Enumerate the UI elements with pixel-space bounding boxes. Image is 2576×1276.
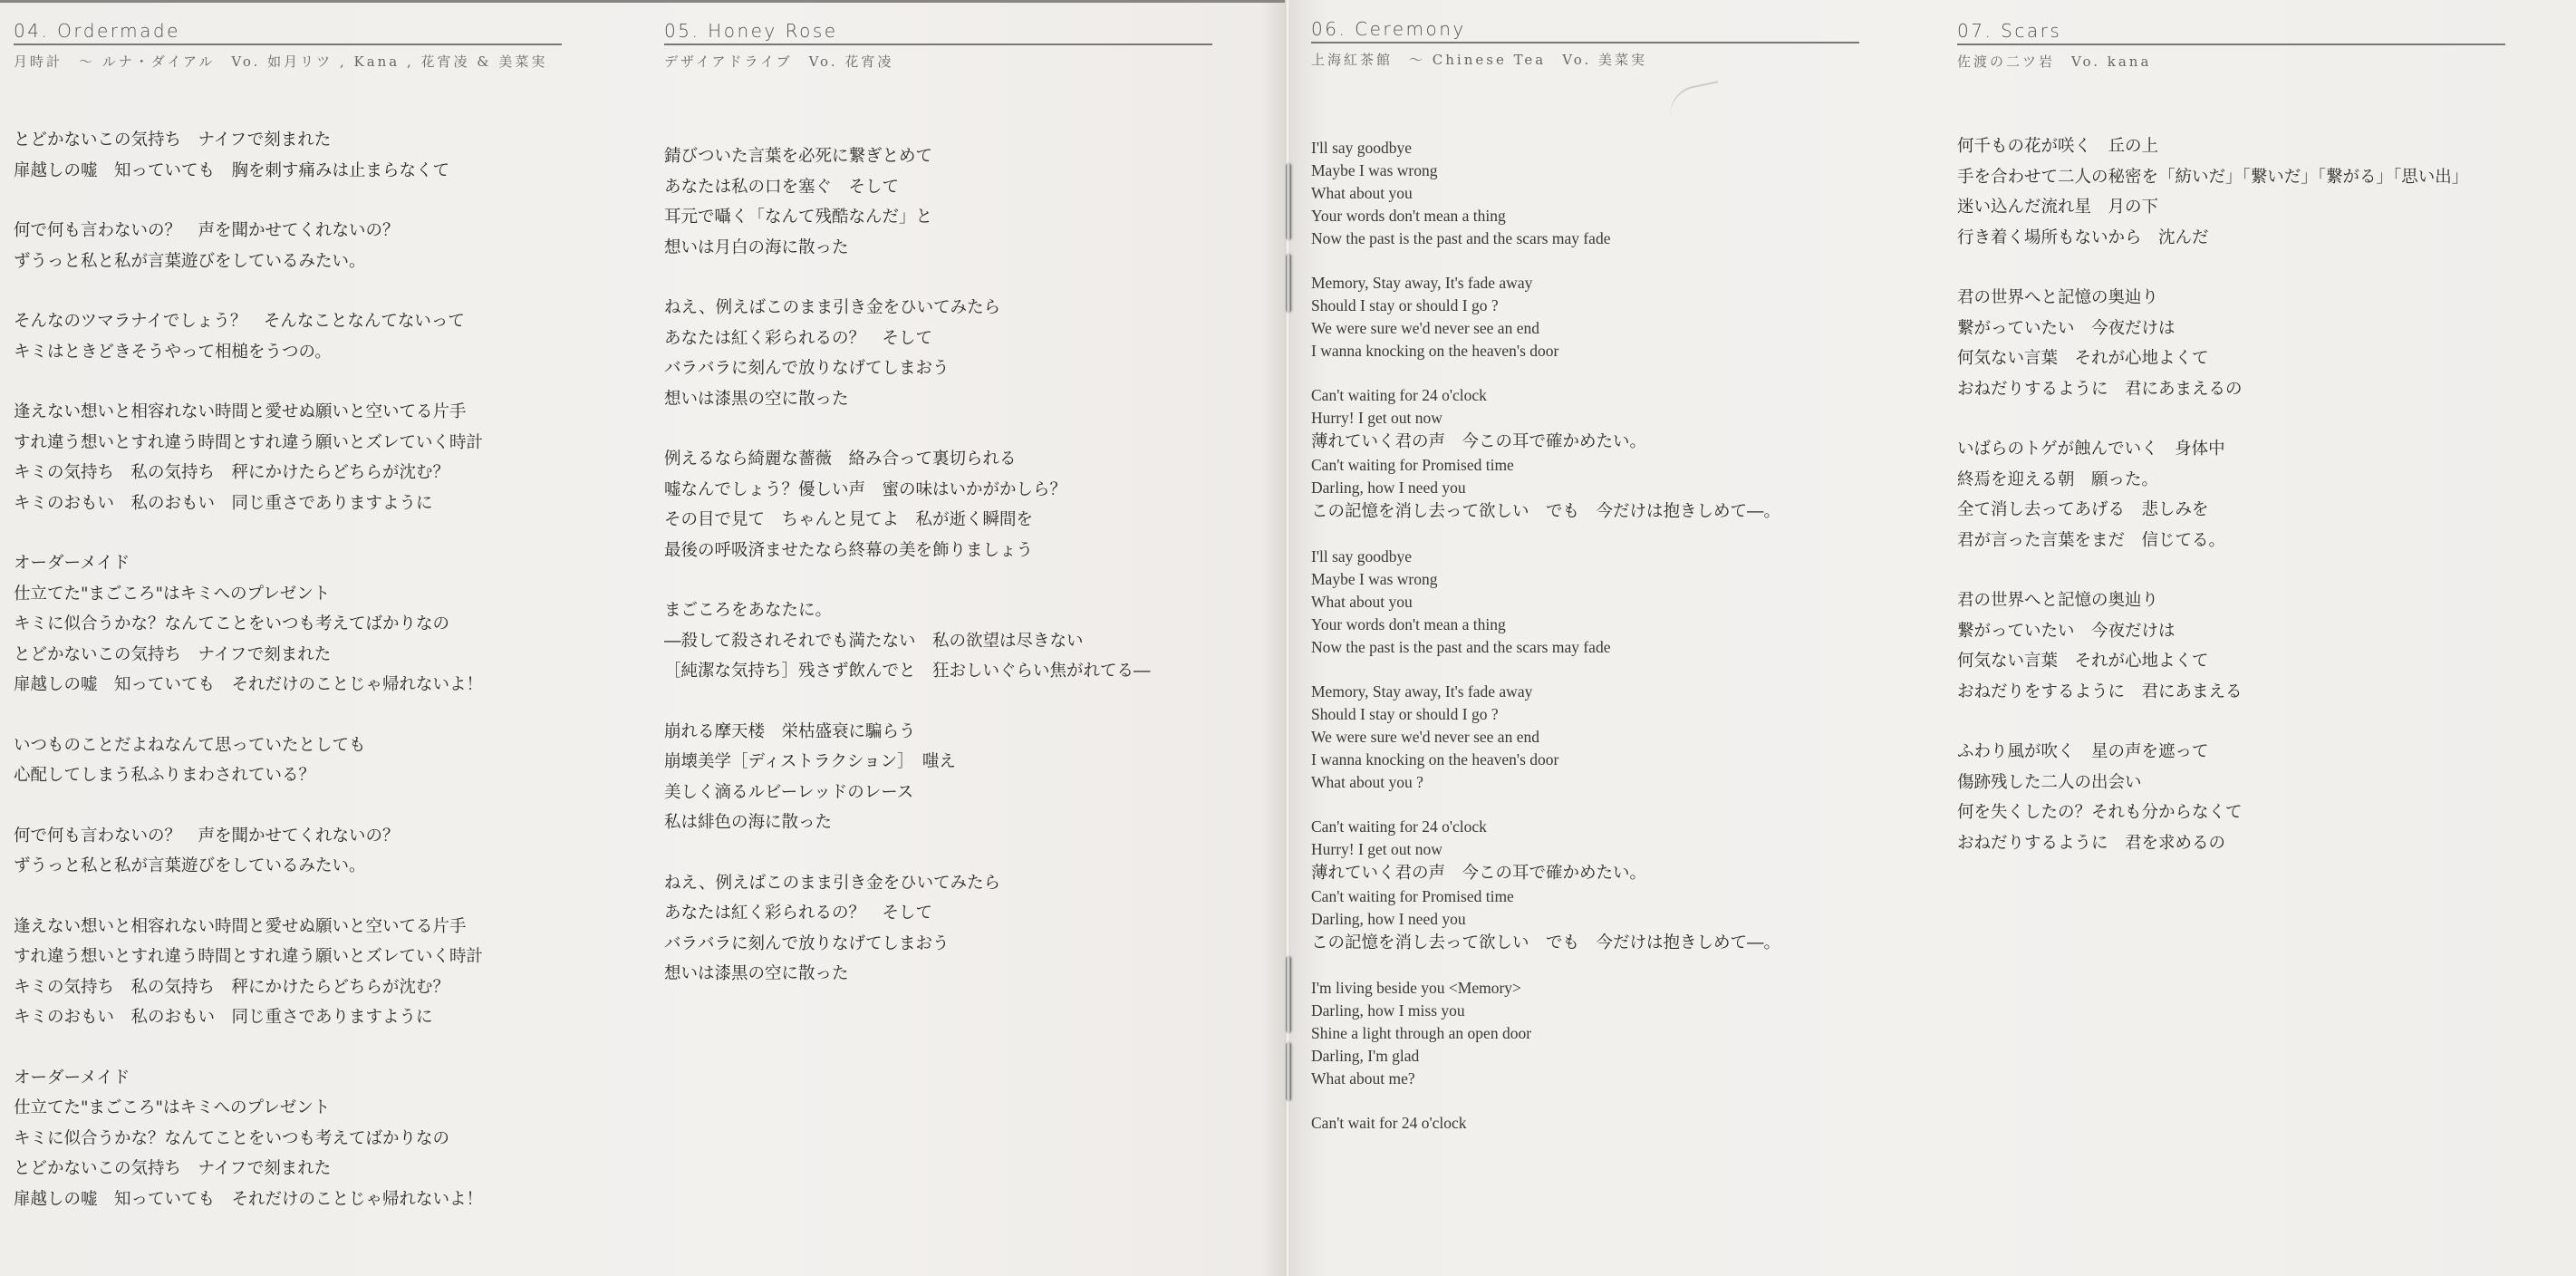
staple-icon xyxy=(1286,956,1291,1033)
song-title: 07. Scars xyxy=(1957,20,2505,42)
lyric-line: 薄れていく君の声 今この耳で確かめたい。 xyxy=(1311,861,1859,885)
song-column-honey-rose: 05. Honey Rose デザイアドライブ Vo. 花宵凌 錆びついた言葉を… xyxy=(664,20,1212,1020)
lyric-line: キミの気持ち 私の気持ち 秤にかけたらどちらが沈む？ xyxy=(14,458,562,488)
lyric-line: 耳元で囁く「なんて残酷なんだ」と xyxy=(664,202,1212,233)
lyric-line: Maybe I was wrong xyxy=(1311,568,1859,591)
lyric-line: 行き着く場所もないから 沈んだ xyxy=(1957,223,2505,254)
lyric-line: すれ違う想いとすれ違う時間とすれ違う願いとズレていく時計 xyxy=(14,428,562,459)
song-subtitle: 佐渡の二ツ岩 Vo. kana xyxy=(1957,53,2505,71)
lyric-line: Can't waiting for Promised time xyxy=(1311,885,1859,908)
stanza: Memory, Stay away, It's fade away Should… xyxy=(1311,681,1859,794)
stanza: 逢えない想いと相容れない時間と愛せぬ願いと空いてる片手 すれ違う想いとすれ違う時… xyxy=(14,912,562,1033)
lyric-line: Can't waiting for Promised time xyxy=(1311,454,1859,477)
lyrics-block: 錆びついた言葉を必死に繋ぎとめて あなたは私の口を塞ぐ そして 耳元で囁く「なん… xyxy=(664,141,1212,990)
lyric-line: Darling, how I need you xyxy=(1311,908,1859,931)
stanza: 崩れる摩天楼 栄枯盛衰に騙らう 崩壊美学［ディストラクション］ 嗤え 美しく滴る… xyxy=(664,717,1212,838)
lyric-line: ねえ、例えばこのまま引き金をひいてみたら xyxy=(664,293,1212,324)
lyric-line: 想いは漆黒の空に散った xyxy=(664,384,1212,415)
lyric-line: 崩れる摩天楼 栄枯盛衰に騙らう xyxy=(664,717,1212,748)
stanza: Memory, Stay away, It's fade away Should… xyxy=(1311,272,1859,362)
lyric-line: Darling, I'm glad xyxy=(1311,1045,1859,1068)
lyric-line: キミに似合うかな？なんてことをいつも考えてばかりなの xyxy=(14,1124,562,1155)
lyric-line: ―殺して殺されそれでも満たない 私の欲望は尽きない xyxy=(664,626,1212,657)
stanza: I'll say goodbye Maybe I was wrong What … xyxy=(1311,546,1859,659)
lyric-line: 薄れていく君の声 今この耳で確かめたい。 xyxy=(1311,430,1859,454)
stanza: そんなのツマラナイでしょう？ そんなことなんてないって キミはときどきそうやって… xyxy=(14,306,562,367)
lyric-line: Maybe I was wrong xyxy=(1311,159,1859,182)
lyric-line: Can't wait for 24 o'clock xyxy=(1311,1112,1859,1135)
lyric-line: その目で見て ちゃんと見てよ 私が逝く瞬間を xyxy=(664,505,1212,536)
song-header: 06. Ceremony xyxy=(1311,18,1859,43)
lyric-line: I'll say goodbye xyxy=(1311,137,1859,159)
lyrics-block: 何千もの花が咲く 丘の上 手を合わせて二人の秘密を「紡いだ」「繋いだ」「繋がる」… xyxy=(1957,131,2505,858)
lyric-line: I'm living beside you <Memory> xyxy=(1311,977,1859,1000)
lyric-line: 仕立てた"まごころ"はキミへのプレゼント xyxy=(14,579,562,610)
lyric-line: ねえ、例えばこのまま引き金をひいてみたら xyxy=(664,868,1212,899)
lyric-line: あなたは紅く彩られるの？ そして xyxy=(664,324,1212,354)
lyric-line: 錆びついた言葉を必死に繋ぎとめて xyxy=(664,141,1212,172)
lyric-line: Can't waiting for 24 o'clock xyxy=(1311,384,1859,407)
stanza: 君の世界へと記憶の奥辿り 繋がっていたい 今夜だけは 何気ない言葉 それが心地よ… xyxy=(1957,283,2505,404)
stanza: オーダーメイド 仕立てた"まごころ"はキミへのプレゼント キミに似合うかな？なん… xyxy=(14,548,562,701)
lyric-line: いつものことだよねなんて思っていたとしても xyxy=(14,730,562,761)
lyric-line: 私は緋色の海に散った xyxy=(664,807,1212,838)
lyrics-block: I'll say goodbye Maybe I was wrong What … xyxy=(1311,137,1859,1135)
lyric-line: あなたは紅く彩られるの？ そして xyxy=(664,898,1212,929)
lyric-line: 心配してしまう私ふりまわされている？ xyxy=(14,760,562,791)
lyric-line: Darling, how I miss you xyxy=(1311,1000,1859,1022)
lyric-line: I wanna knocking on the heaven's door xyxy=(1311,749,1859,771)
lyric-line: ずうっと私と私が言葉遊びをしているみたい。 xyxy=(14,851,562,882)
lyric-line: とどかないこの気持ち ナイフで刻まれた xyxy=(14,640,562,671)
lyric-line: とどかないこの気持ち ナイフで刻まれた xyxy=(14,125,562,156)
lyric-line: ふわり風が吹く 星の声を遮って xyxy=(1957,737,2505,768)
staple-icon xyxy=(1286,1042,1291,1101)
stanza: 何で何も言わないの？ 声を聞かせてくれないの？ ずうっと私と私が言葉遊びをしてい… xyxy=(14,821,562,882)
song-subtitle: 上海紅茶館 ～ Chinese Tea Vo. 美菜実 xyxy=(1311,51,1859,69)
lyric-line: キミのおもい 私のおもい 同じ重さでありますように xyxy=(14,1002,562,1033)
stanza: まごころをあなたに。 ―殺して殺されそれでも満たない 私の欲望は尽きない ［純潔… xyxy=(664,595,1212,687)
stanza: 逢えない想いと相容れない時間と愛せぬ願いと空いてる片手 すれ違う想いとすれ違う時… xyxy=(14,397,562,518)
lyric-line: 扉越しの嘘 知っていても 胸を刺す痛みは止まらなくて xyxy=(14,156,562,187)
lyric-line: I wanna knocking on the heaven's door xyxy=(1311,340,1859,362)
lyric-line: 手を合わせて二人の秘密を「紡いだ」「繋いだ」「繋がる」「思い出」 xyxy=(1957,162,2505,193)
lyric-line: 美しく滴るルビーレッドのレース xyxy=(664,778,1212,808)
stanza: Can't waiting for 24 o'clock Hurry! I ge… xyxy=(1311,816,1859,955)
lyric-line: We were sure we'd never see an end xyxy=(1311,726,1859,749)
lyric-line: We were sure we'd never see an end xyxy=(1311,317,1859,340)
lyric-line: あなたは私の口を塞ぐ そして xyxy=(664,172,1212,203)
stanza: 何千もの花が咲く 丘の上 手を合わせて二人の秘密を「紡いだ」「繋いだ」「繋がる」… xyxy=(1957,131,2505,253)
lyric-line: バラバラに刻んで放りなげてしまおう xyxy=(664,929,1212,960)
stanza: いばらのトゲが蝕んでいく 身体中 終焉を迎える朝 願った。 全て消し去ってあげる… xyxy=(1957,434,2505,556)
lyric-line: 想いは漆黒の空に散った xyxy=(664,959,1212,990)
lyric-line: What about me? xyxy=(1311,1068,1859,1090)
stanza: I'll say goodbye Maybe I was wrong What … xyxy=(1311,137,1859,250)
lyric-line: 最後の呼吸済ませたなら終幕の美を飾りましょう xyxy=(664,536,1212,566)
lyric-line: What about you xyxy=(1311,182,1859,205)
song-header: 04. Ordermade xyxy=(14,20,562,45)
lyric-line: Now the past is the past and the scars m… xyxy=(1311,227,1859,250)
lyric-line: 何千もの花が咲く 丘の上 xyxy=(1957,131,2505,162)
stanza: オーダーメイド 仕立てた"まごころ"はキミへのプレゼント キミに似合うかな？なん… xyxy=(14,1063,562,1215)
lyric-line: 何で何も言わないの？ 声を聞かせてくれないの？ xyxy=(14,216,562,246)
stanza: Can't wait for 24 o'clock xyxy=(1311,1112,1859,1135)
lyric-line: Can't waiting for 24 o'clock xyxy=(1311,816,1859,838)
lyric-line: この記憶を消し去って欲しい でも 今だけは抱きしめて―。 xyxy=(1311,499,1859,524)
lyric-line: 君の世界へと記憶の奥辿り xyxy=(1957,283,2505,314)
lyric-line: 仕立てた"まごころ"はキミへのプレゼント xyxy=(14,1093,562,1124)
lyric-line: Should I stay or should I go ? xyxy=(1311,295,1859,317)
lyric-line: バラバラに刻んで放りなげてしまおう xyxy=(664,353,1212,384)
lyric-line: Your words don't mean a thing xyxy=(1311,614,1859,636)
song-title: 05. Honey Rose xyxy=(664,20,1212,42)
lyric-line: 終焉を迎える朝 願った。 xyxy=(1957,465,2505,496)
lyrics-block: とどかないこの気持ち ナイフで刻まれた 扉越しの嘘 知っていても 胸を刺す痛みは… xyxy=(14,125,562,1214)
stanza: 例えるなら綺麗な薔薇 絡み合って裏切られる 嘘なんでしょう？優しい声 蜜の味はい… xyxy=(664,444,1212,565)
lyric-line: オーダーメイド xyxy=(14,1063,562,1094)
song-title: 04. Ordermade xyxy=(14,20,562,42)
lyric-line: 繋がっていたい 今夜だけは xyxy=(1957,314,2505,344)
lyric-line: キミの気持ち 私の気持ち 秤にかけたらどちらが沈む？ xyxy=(14,972,562,1003)
stanza: 錆びついた言葉を必死に繋ぎとめて あなたは私の口を塞ぐ そして 耳元で囁く「なん… xyxy=(664,141,1212,263)
lyric-line: Memory, Stay away, It's fade away xyxy=(1311,681,1859,703)
lyric-line: 君の世界へと記憶の奥辿り xyxy=(1957,585,2505,616)
booklet-spread: 04. Ordermade 月時計 ～ ルナ・ダイアル Vo. 如月リツ , K… xyxy=(0,0,2576,1276)
lyric-line: Your words don't mean a thing xyxy=(1311,205,1859,227)
lyric-line: 何を失くしたの？それも分からなくて xyxy=(1957,797,2505,828)
lyric-line: おねだりするように 君を求めるの xyxy=(1957,828,2505,859)
lyric-line: 何気ない言葉 それが心地よくて xyxy=(1957,646,2505,677)
song-column-ceremony: 06. Ceremony 上海紅茶館 ～ Chinese Tea Vo. 美菜実… xyxy=(1311,18,1859,1156)
lyric-line: ずうっと私と私が言葉遊びをしているみたい。 xyxy=(14,246,562,277)
lyric-line: キミに似合うかな？なんてことをいつも考えてばかりなの xyxy=(14,609,562,640)
stanza: I'm living beside you <Memory> Darling, … xyxy=(1311,977,1859,1090)
song-column-ordermade: 04. Ordermade 月時計 ～ ルナ・ダイアル Vo. 如月リツ , K… xyxy=(14,20,562,1244)
lyric-line: Darling, how I need you xyxy=(1311,477,1859,499)
lyric-line: Memory, Stay away, It's fade away xyxy=(1311,272,1859,295)
staple-icon xyxy=(1286,254,1291,313)
lyric-line: 想いは月白の海に散った xyxy=(664,233,1212,264)
stanza: ねえ、例えばこのまま引き金をひいてみたら あなたは紅く彩られるの？ そして バラ… xyxy=(664,868,1212,990)
stanza: Can't waiting for 24 o'clock Hurry! I ge… xyxy=(1311,384,1859,524)
lyric-line: そんなのツマラナイでしょう？ そんなことなんてないって xyxy=(14,306,562,337)
lyric-line: Shine a light through an open door xyxy=(1311,1022,1859,1045)
lyric-line: 逢えない想いと相容れない時間と愛せぬ願いと空いてる片手 xyxy=(14,397,562,428)
lyric-line: いばらのトゲが蝕んでいく 身体中 xyxy=(1957,434,2505,465)
stanza: ねえ、例えばこのまま引き金をひいてみたら あなたは紅く彩られるの？ そして バラ… xyxy=(664,293,1212,414)
lyric-line: まごころをあなたに。 xyxy=(664,595,1212,626)
lyric-line: オーダーメイド xyxy=(14,548,562,579)
lyric-line: 繋がっていたい 今夜だけは xyxy=(1957,616,2505,647)
lyric-line: I'll say goodbye xyxy=(1311,546,1859,568)
lyric-line: Hurry! I get out now xyxy=(1311,407,1859,430)
song-subtitle: デザイアドライブ Vo. 花宵凌 xyxy=(664,53,1212,71)
song-subtitle: 月時計 ～ ルナ・ダイアル Vo. 如月リツ , Kana , 花宵凌 & 美菜… xyxy=(14,53,562,71)
song-title: 06. Ceremony xyxy=(1311,18,1859,40)
lyric-line: 逢えない想いと相容れない時間と愛せぬ願いと空いてる片手 xyxy=(14,912,562,942)
stanza: 何で何も言わないの？ 声を聞かせてくれないの？ ずうっと私と私が言葉遊びをしてい… xyxy=(14,216,562,276)
stanza: とどかないこの気持ち ナイフで刻まれた 扉越しの嘘 知っていても 胸を刺す痛みは… xyxy=(14,125,562,186)
lyric-line: What about you xyxy=(1311,591,1859,614)
lyric-line: おねだりするように 君にあまえるの xyxy=(1957,374,2505,405)
lyric-line: 嘘なんでしょう？優しい声 蜜の味はいかがかしら？ xyxy=(664,475,1212,506)
lyric-line: 何で何も言わないの？ 声を聞かせてくれないの？ xyxy=(14,821,562,852)
lyric-line: 崩壊美学［ディストラクション］ 嗤え xyxy=(664,747,1212,778)
song-header: 05. Honey Rose xyxy=(664,20,1212,45)
lyric-line: 扉越しの嘘 知っていても それだけのことじゃ帰れないよ！ xyxy=(14,1184,562,1215)
lyric-line: Should I stay or should I go ? xyxy=(1311,703,1859,726)
lyric-line: ［純潔な気持ち］残さず飲んでと 狂おしいぐらい焦がれてる― xyxy=(664,656,1212,687)
lyric-line: 扉越しの嘘 知っていても それだけのことじゃ帰れないよ！ xyxy=(14,670,562,701)
lyric-line: 君が言った言葉をまだ 信じてる。 xyxy=(1957,526,2505,556)
lyric-line: キミはときどきそうやって相槌をうつの。 xyxy=(14,337,562,368)
lyric-line: 何気ない言葉 それが心地よくて xyxy=(1957,343,2505,374)
lyric-line: What about you ? xyxy=(1311,771,1859,794)
stanza: いつものことだよねなんて思っていたとしても 心配してしまう私ふりまわされている？ xyxy=(14,730,562,791)
lyric-line: Hurry! I get out now xyxy=(1311,838,1859,861)
staple-icon xyxy=(1286,163,1291,240)
song-header: 07. Scars xyxy=(1957,20,2505,45)
lyric-line: Now the past is the past and the scars m… xyxy=(1311,636,1859,659)
lyric-line: キミのおもい 私のおもい 同じ重さでありますように xyxy=(14,488,562,519)
lyric-line: 例えるなら綺麗な薔薇 絡み合って裏切られる xyxy=(664,444,1212,475)
lyric-line: この記憶を消し去って欲しい でも 今だけは抱きしめて―。 xyxy=(1311,931,1859,955)
song-column-scars: 07. Scars 佐渡の二ツ岩 Vo. kana 何千もの花が咲く 丘の上 手… xyxy=(1957,20,2505,888)
lyric-line: 迷い込んだ流れ星 月の下 xyxy=(1957,192,2505,223)
lyric-line: おねだりをするように 君にあまえる xyxy=(1957,677,2505,708)
lyric-line: 全て消し去ってあげる 悲しみを xyxy=(1957,495,2505,526)
lyric-line: すれ違う想いとすれ違う時間とすれ違う願いとズレていく時計 xyxy=(14,942,562,972)
stanza: ふわり風が吹く 星の声を遮って 傷跡残した二人の出会い 何を失くしたの？それも分… xyxy=(1957,737,2505,858)
stanza: 君の世界へと記憶の奥辿り 繋がっていたい 今夜だけは 何気ない言葉 それが心地よ… xyxy=(1957,585,2505,707)
lyric-line: とどかないこの気持ち ナイフで刻まれた xyxy=(14,1154,562,1184)
lyric-line: 傷跡残した二人の出会い xyxy=(1957,768,2505,798)
